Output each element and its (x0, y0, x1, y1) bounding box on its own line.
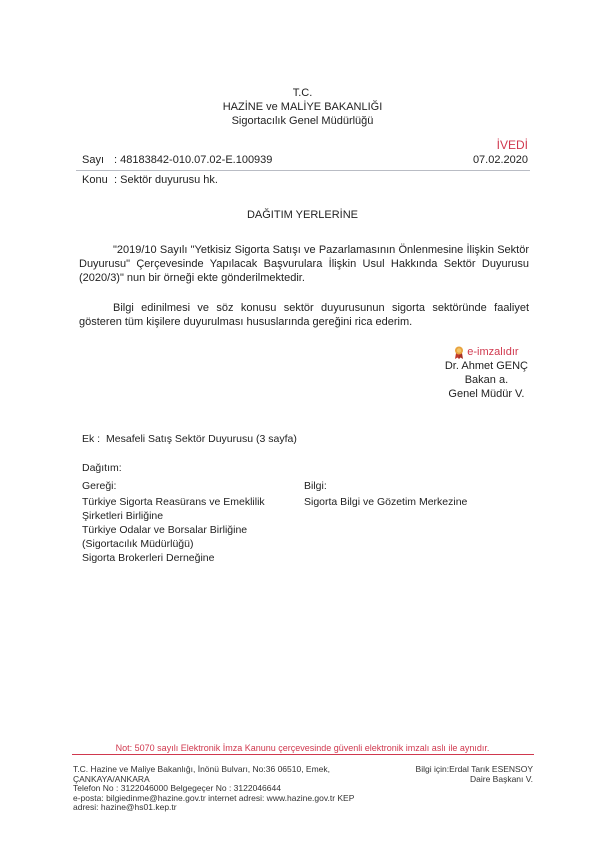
bilgi-list: Sigorta Bilgi ve Gözetim Merkezine (304, 495, 467, 509)
signer-title-1: Bakan a. (445, 373, 528, 387)
award-ribbon-icon (454, 346, 464, 359)
e-signature-badge: e-imzalıdır (445, 345, 528, 359)
body-paragraph-2: Bilgi edinilmesi ve söz konusu sektör du… (79, 301, 529, 329)
distribution-title: Dağıtım: (82, 461, 122, 475)
footer-note: Not: 5070 sayılı Elektronik İmza Kanunu … (0, 743, 605, 753)
signer-name: Dr. Ahmet GENÇ (445, 359, 528, 373)
paragraph-2-text: Bilgi edinilmesi ve söz konusu sektör du… (79, 302, 529, 328)
footer-address: T.C. Hazine ve Maliye Bakanlığı, İnönü B… (73, 765, 354, 813)
gereg-item: (Sigortacılık Müdürlüğü) (82, 537, 265, 551)
bilgi-item: Sigorta Bilgi ve Gözetim Merkezine (304, 495, 467, 509)
konu-label: Konu (82, 174, 108, 186)
header-tc: T.C. (0, 87, 605, 100)
addressee: DAĞITIM YERLERİNE (0, 209, 605, 221)
gereg-label: Gereği: (82, 479, 116, 493)
gereg-item: Türkiye Sigorta Reasürans ve Emeklilik (82, 495, 265, 509)
document-date: 07.02.2020 (473, 154, 528, 166)
signature-block: e-imzalıdır Dr. Ahmet GENÇ Bakan a. Gene… (445, 345, 528, 401)
attachment-label: Ek : (82, 433, 100, 445)
e-signature-text: e-imzalıdır (467, 345, 518, 359)
address-line: adresi: hazine@hs01.kep.tr (73, 803, 354, 813)
attachment: Ek : Mesafeli Satış Sektör Duyurusu (3 s… (82, 432, 297, 446)
sayi-value: : 48183842-010.07.02-E.100939 (114, 154, 272, 166)
gereg-item: Türkiye Odalar ve Borsalar Birliğine (82, 523, 265, 537)
gereg-item: Sigorta Brokerleri Derneğine (82, 551, 265, 565)
body-paragraph-1: "2019/10 Sayılı "Yetkisiz Sigorta Satışı… (79, 243, 529, 285)
gereg-item: Şirketleri Birliğine (82, 509, 265, 523)
gereg-list: Türkiye Sigorta Reasürans ve Emeklilik Ş… (82, 495, 265, 565)
bilgi-label: Bilgi: (304, 479, 327, 493)
header-directorate: Sigortacılık Genel Müdürlüğü (0, 115, 605, 128)
paragraph-1-text: "2019/10 Sayılı "Yetkisiz Sigorta Satışı… (79, 244, 529, 284)
sayi-label: Sayı (82, 154, 104, 166)
footer-contact: Bilgi için:Erdal Tarık ESENSOY Daire Baş… (416, 765, 533, 784)
priority-badge: İVEDİ (497, 138, 528, 152)
attachment-value: Mesafeli Satış Sektör Duyurusu (3 sayfa) (106, 433, 297, 445)
meta-divider (76, 170, 530, 171)
konu-value: : Sektör duyurusu hk. (114, 174, 218, 186)
signer-title-2: Genel Müdür V. (445, 387, 528, 401)
footer-divider (72, 754, 534, 755)
contact-title: Daire Başkanı V. (416, 775, 533, 785)
header-ministry: HAZİNE ve MALİYE BAKANLIĞI (0, 101, 605, 114)
